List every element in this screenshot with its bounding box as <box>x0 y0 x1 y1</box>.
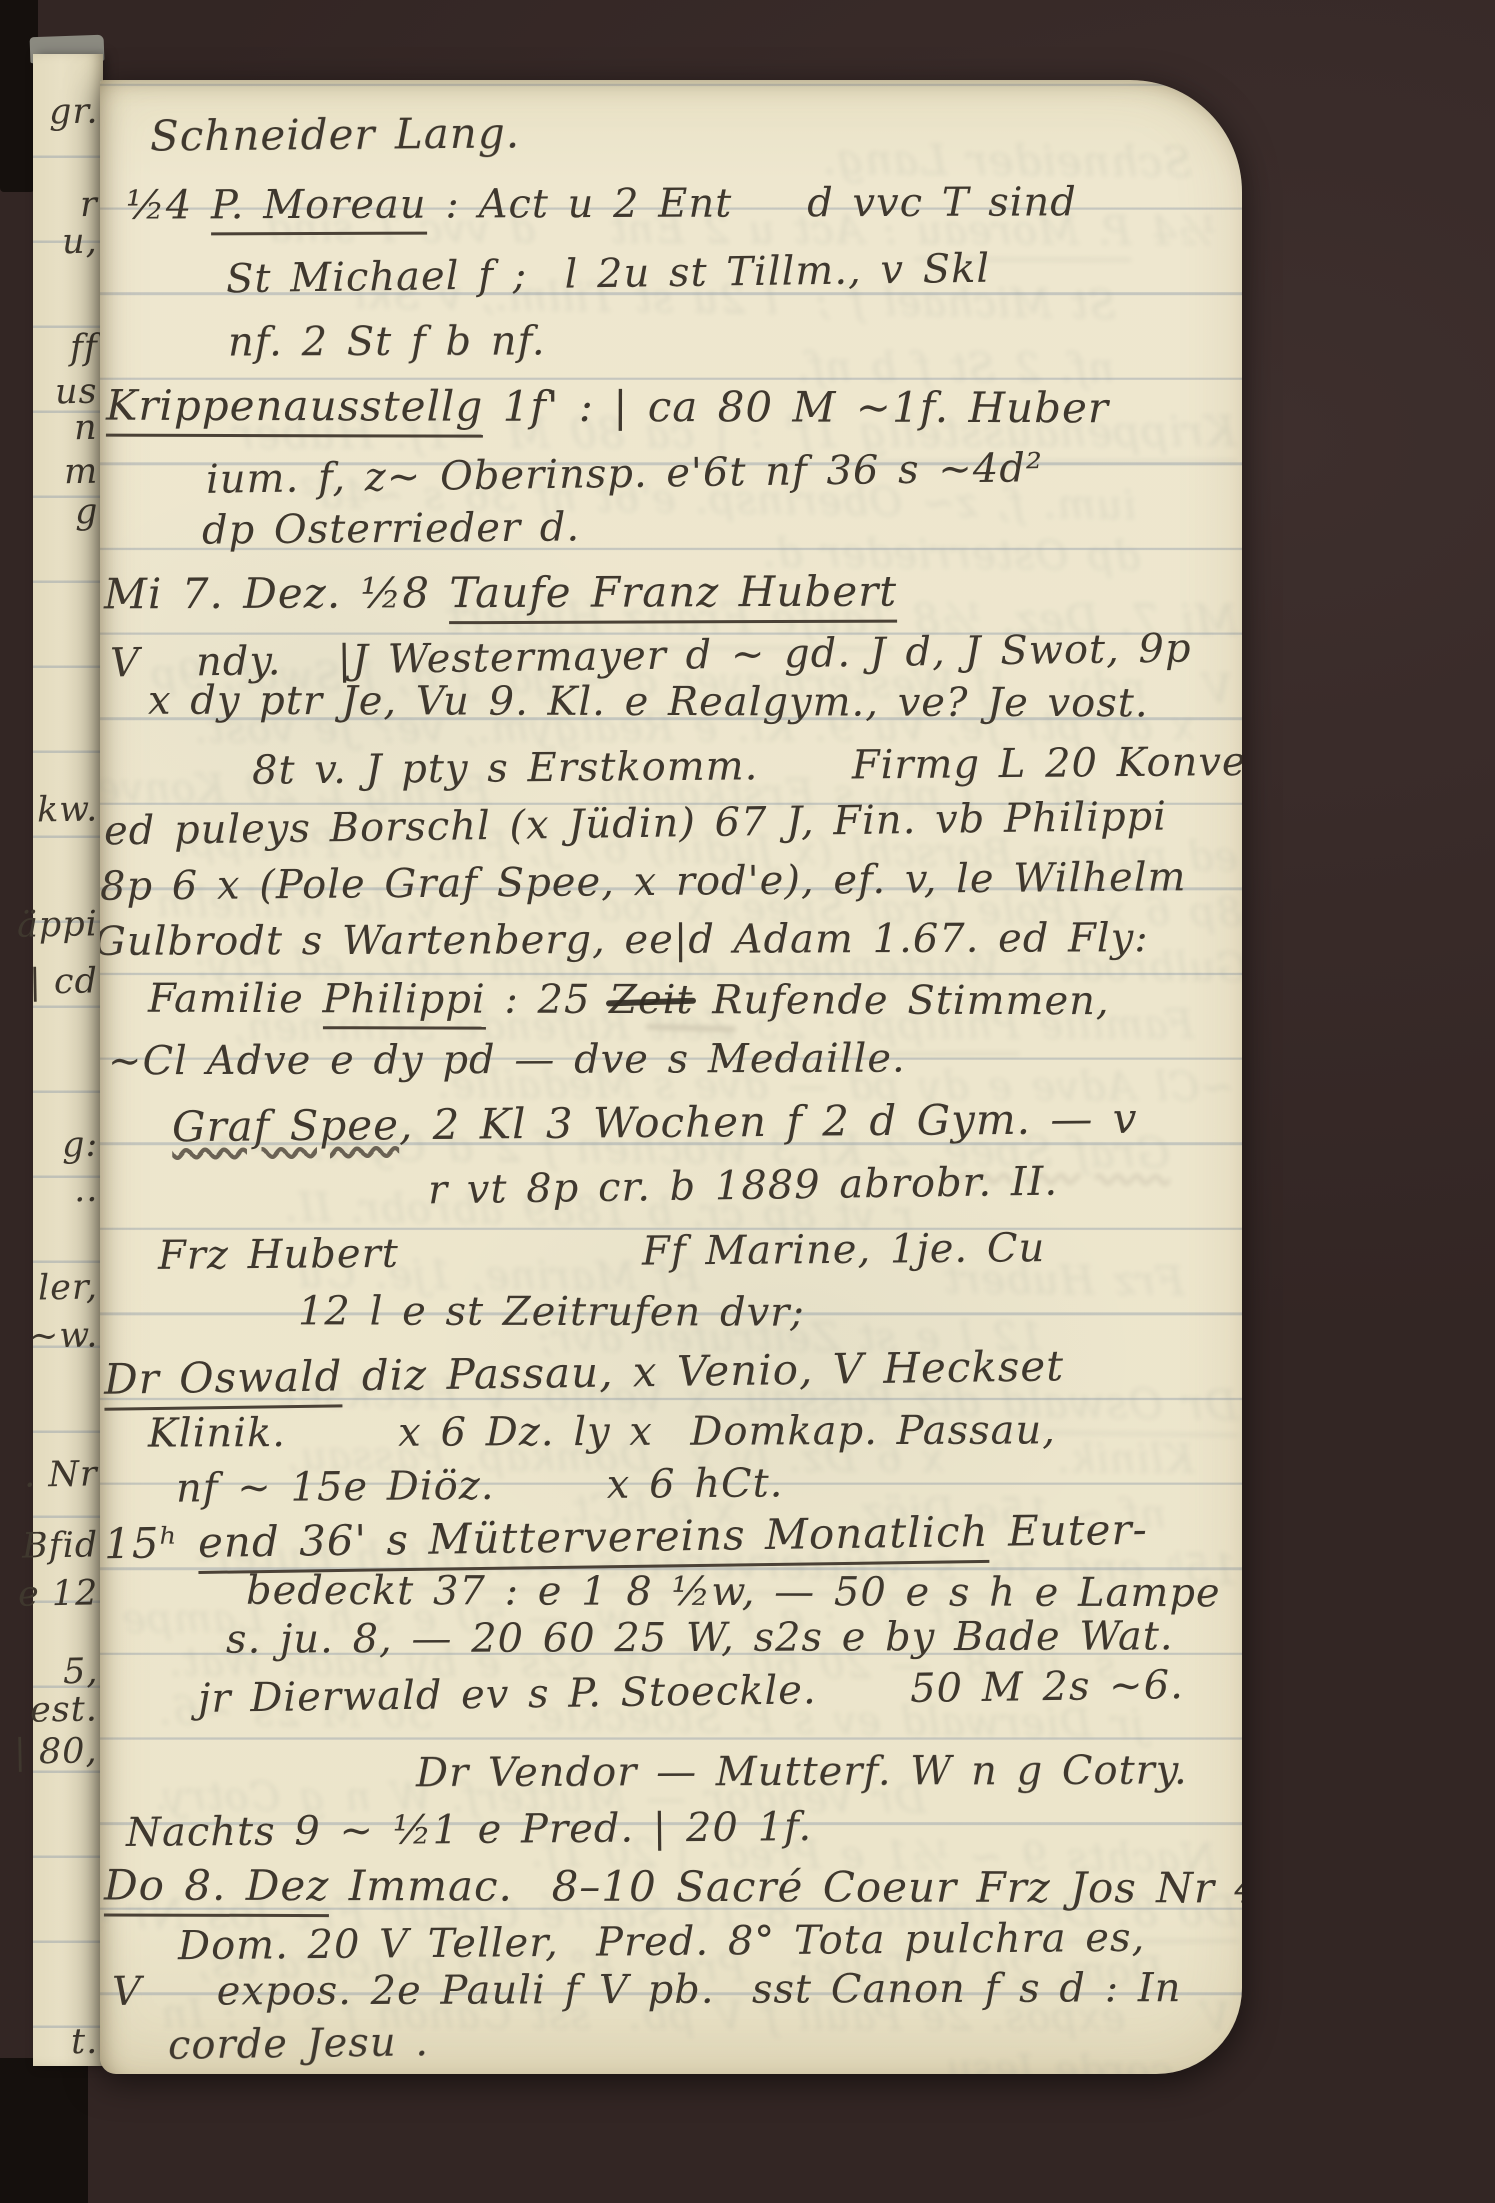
underlined-text: Dr Oswald <box>104 1351 343 1410</box>
handwriting-line: 15ʰ end 36' s Müttervereins Monatlich Eu… <box>104 1505 1148 1570</box>
margin-fragment: gr. <box>48 92 98 133</box>
margin-fragment: g: <box>61 1125 98 1166</box>
handwriting-text: x dy ptr Je, Vu 9. Kl. e Realgym., ve? J… <box>148 678 1149 727</box>
handwriting-text: 8p 6 x (Pole Graf Spee, x rod'e), ef. v,… <box>100 854 1187 909</box>
handwriting-line: ed puleys Borschl (x Jüdin) 67 J, Fin. v… <box>104 793 1168 856</box>
margin-fragment: u, <box>62 222 98 263</box>
handwriting-line: ium. f, z~ Oberinsp. e'6t nf 36 s ~4d² <box>206 444 1044 504</box>
handwriting-line: corde Jesu . <box>168 2018 430 2070</box>
handwriting-text: Immac. 8–10 Sacré Coeur Frz Jos Nr 4 <box>329 1861 1242 1912</box>
handwriting-line: Gulbrodt s Wartenberg, ee|d Adam 1.67. e… <box>100 914 1149 966</box>
underlined-text: Graf Spee <box>172 1100 399 1151</box>
handwriting-line: ½4 P. Moreau : Act u 2 Ent d vvc T sind <box>126 178 1077 229</box>
handwriting-line: 8t v. J pty s Erstkomm. Firmg L 20 Konve… <box>252 737 1242 794</box>
struck-text: Zeit <box>609 977 693 1023</box>
handwriting-line: r vt 8p cr. b 1889 abrobr. II. <box>428 1158 1059 1215</box>
handwriting-text: ed puleys Borschl (x Jüdin) 67 J, Fin. v… <box>104 794 1168 855</box>
margin-fragment: kw. <box>37 789 99 830</box>
margin-fragment: 5, <box>62 1652 98 1693</box>
handwriting-text: Dr Vendor — Mutterf. W n g Cotry. <box>416 1748 1188 1797</box>
margin-fragment: t. <box>70 2022 98 2062</box>
previous-page-edge: gr.ru,ffusnmgkw.äppi| cdg:..ler,~w.. NrB… <box>33 54 103 2066</box>
bleedthrough-mark: corde Jesu . <box>913 2044 1175 2074</box>
handwriting-text: Rufende Stimmen, <box>693 977 1109 1024</box>
margin-fragment: äppi <box>17 904 99 945</box>
bleedthrough-mark: corde Jesu . <box>913 2045 1175 2074</box>
handwriting-line: bedeckt 37 : e 1 8 ½w, — 50 e s h e Lamp… <box>246 1567 1221 1618</box>
handwriting-text: corde Jesu . <box>168 2019 430 2069</box>
handwriting-text: Frz Hubert Ff Marine, 1je. Cu <box>158 1225 1046 1279</box>
handwriting-text: 1f' : | ca 80 M ~1f. Huber <box>483 382 1109 433</box>
handwriting-text: 8t v. J pty s Erstkomm. Firmg L 20 Konve… <box>252 738 1242 793</box>
margin-fragment: r <box>80 185 98 225</box>
margin-fragment: .. <box>73 1170 98 1210</box>
handwriting-line: Dom. 20 V Teller, Pred. 8° Tota pulchra … <box>178 1914 1146 1970</box>
handwriting-line: ~Cl Adve e dy pd — dve s Medaille. <box>108 1035 906 1086</box>
margin-fragment: m <box>63 452 98 493</box>
underlined-text: Philippi <box>323 976 486 1029</box>
handwriting-line: 8p 6 x (Pole Graf Spee, x rod'e), ef. v,… <box>100 853 1187 910</box>
margin-fragment: | cd <box>29 961 99 1002</box>
handwriting-line: 12 l e st Zeitrufen dvr; <box>298 1287 805 1336</box>
manuscript-page: Schneider Lang.½4 P. Moreau : Act u 2 En… <box>100 80 1242 2074</box>
handwriting-line: jr Dierwald ev s P. Stoeckle. 50 M 2s ~6… <box>198 1661 1184 1723</box>
handwriting-text: s. ju. 8, — 20 60 25 W, s2s e by Bade Wa… <box>226 1613 1174 1662</box>
handwriting-line: Mi 7. Dez. ½8 Taufe Franz Hubert <box>104 567 897 620</box>
handwriting-text: ium. f, z~ Oberinsp. e'6t nf 36 s ~4d² <box>206 445 1044 503</box>
handwriting-line: Schneider Lang. <box>150 108 521 162</box>
margin-fragment: ~w. <box>28 1315 98 1356</box>
underlined-text: Krippenausstellg <box>106 381 483 438</box>
underlined-text: Do 8. Dez <box>104 1860 330 1917</box>
underlined-text: end 36' s Müttervereins Monatlich <box>198 1507 989 1574</box>
handwriting-line: Dr Oswald diz Passau, x Venio, V Heckset <box>104 1341 1065 1405</box>
handwriting-line: Nachts 9 ~ ½1 e Pred. | 20 1f. <box>126 1803 813 1857</box>
handwriting-text: : Act u 2 Ent d vvc T sind <box>427 179 1077 227</box>
handwriting-text: ~Cl Adve e dy pd — dve s Medaille. <box>108 1036 906 1085</box>
handwriting-text: diz Passau, x Venio, V Heckset <box>342 1341 1064 1400</box>
handwriting-text: ½4 <box>126 182 211 228</box>
handwriting-text: Klinik. x 6 Dz. ly x Domkap. Passau, <box>148 1407 1056 1456</box>
handwriting-text: dp Osterrieder d. <box>202 504 581 553</box>
handwriting-line: x dy ptr Je, Vu 9. Kl. e Realgym., ve? J… <box>148 677 1149 728</box>
handwriting-text: Gulbrodt s Wartenberg, ee|d Adam 1.67. e… <box>100 915 1149 965</box>
handwriting-text: Mi 7. Dez. ½8 <box>104 568 450 618</box>
handwriting-line: nf. 2 St f b nf. <box>228 317 546 366</box>
handwriting-text: nf. 2 St f b nf. <box>228 318 546 365</box>
handwriting-line: Krippenausstellg 1f' : | ca 80 M ~1f. Hu… <box>106 381 1109 434</box>
underlined-text: P. Moreau <box>211 182 427 236</box>
handwriting-text: bedeckt 37 : e 1 8 ½w, — 50 e s h e Lamp… <box>246 1568 1221 1617</box>
handwriting-text: , 2 Kl 3 Wochen f 2 d Gym. — v <box>399 1094 1138 1149</box>
handwriting-text: r vt 8p cr. b 1889 abrobr. II. <box>428 1159 1059 1214</box>
handwriting-text: jr Dierwald ev s P. Stoeckle. 50 M 2s ~6… <box>198 1662 1184 1722</box>
handwriting-text: 15ʰ <box>104 1518 199 1568</box>
handwriting-text: Schneider Lang. <box>150 108 520 160</box>
margin-fragment: ler, <box>38 1267 99 1308</box>
margin-fragment: n <box>74 408 98 448</box>
book-cover-edge-bottom <box>0 2058 88 2203</box>
handwriting-line: Klinik. x 6 Dz. ly x Domkap. Passau, <box>148 1406 1056 1457</box>
handwriting-line: V expos. 2e Pauli f V pb. sst Canon f s … <box>112 1964 1182 2016</box>
margin-fragment: est. <box>30 1689 99 1730</box>
handwriting-text: nf ~ 15e Diöz. x 6 hCt. <box>176 1460 784 1511</box>
handwriting-line: St Michael f ; l 2u st Tillm., v Skl <box>226 245 991 304</box>
margin-fragment: e 12 <box>17 1573 98 1614</box>
handwriting-line: Frz Hubert Ff Marine, 1je. Cu <box>158 1224 1046 1280</box>
handwriting-text: Familie <box>148 976 323 1022</box>
handwriting-text: V expos. 2e Pauli f V pb. sst Canon f s … <box>112 1965 1182 2015</box>
handwriting-text: : 25 <box>486 977 610 1023</box>
handwriting-line: Dr Vendor — Mutterf. W n g Cotry. <box>416 1747 1188 1798</box>
handwriting-line: s. ju. 8, — 20 60 25 W, s2s e by Bade Wa… <box>226 1612 1174 1663</box>
handwriting-text: Dom. 20 V Teller, Pred. 8° Tota pulchra … <box>178 1915 1146 1969</box>
margin-fragment: . Nr <box>24 1454 98 1495</box>
handwriting-text: Euter- <box>988 1505 1148 1556</box>
bleedthrough-mark: ½4 <box>1131 208 1216 254</box>
handwriting-line: Graf Spee, 2 Kl 3 Wochen f 2 d Gym. — v <box>172 1094 1138 1153</box>
underlined-text: Taufe Franz Hubert <box>449 567 897 625</box>
margin-fragment: us <box>55 372 98 413</box>
handwriting-text: St Michael f ; l 2u st Tillm., v Skl <box>226 246 991 303</box>
handwriting-text: Nachts 9 ~ ½1 e Pred. | 20 1f. <box>126 1804 813 1856</box>
margin-fragment: ff <box>70 328 99 368</box>
handwriting-line: Familie Philippi : 25 Zeit Rufende Stimm… <box>148 975 1110 1026</box>
handwriting-line: dp Osterrieder d. <box>202 503 581 554</box>
margin-fragment: Bfid <box>21 1525 98 1566</box>
handwriting-text: 12 l e st Zeitrufen dvr; <box>298 1288 805 1335</box>
handwriting-line: Do 8. Dez Immac. 8–10 Sacré Coeur Frz Jo… <box>104 1860 1242 1913</box>
margin-fragment: g <box>74 492 98 532</box>
handwriting-line: nf ~ 15e Diöz. x 6 hCt. <box>176 1459 784 1512</box>
margin-fragment: | 80, <box>14 1731 98 1772</box>
